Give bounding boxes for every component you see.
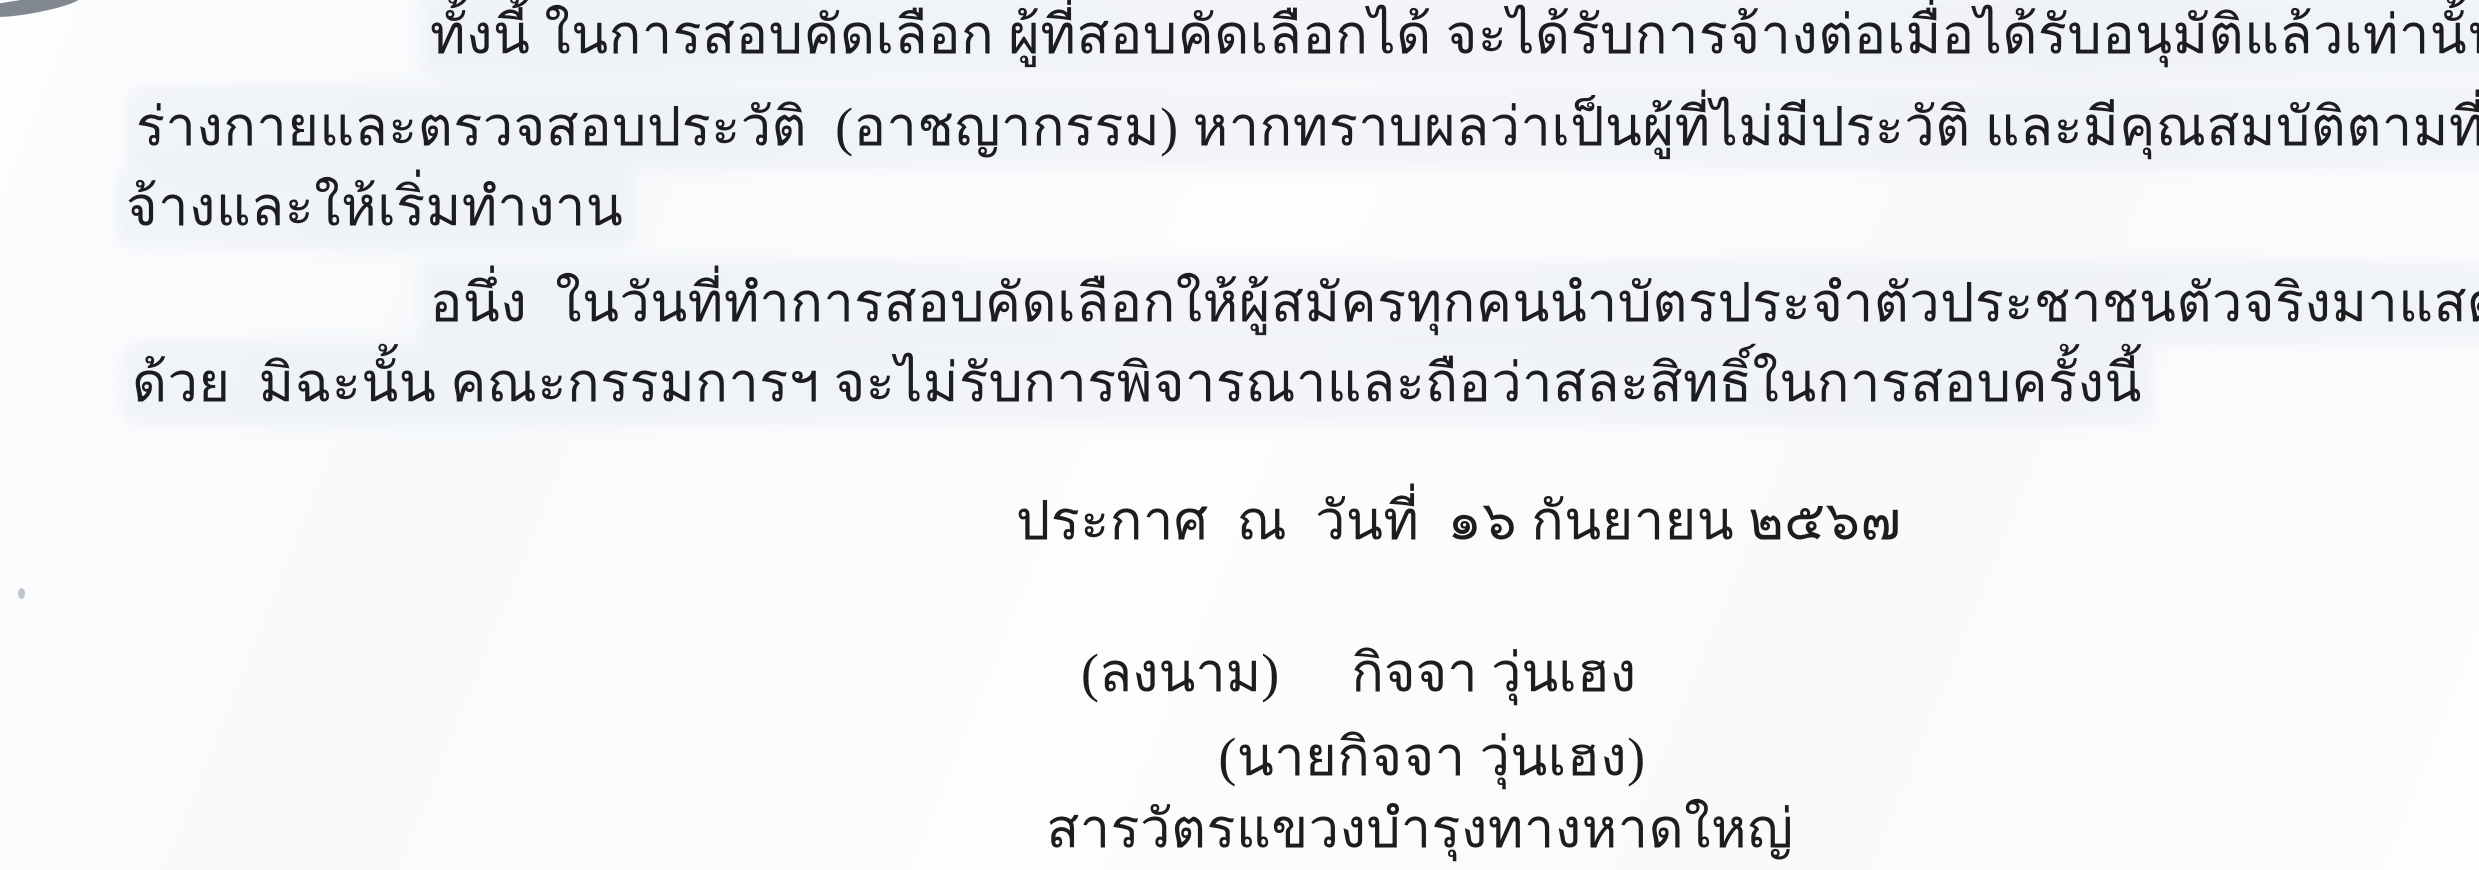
document-page: ทั้งนี้ ในการสอบคัดเลือก ผู้ที่สอบคัดเลื… — [0, 0, 2479, 870]
paragraph2-line1: อนึ่ง ในวันที่ทำการสอบคัดเลือกให้ผู้สมัค… — [430, 272, 2479, 334]
announcement-date-line: ประกาศ ณ วันที่ ๑๖ กันยายน ๒๕๖๗ — [1016, 490, 1902, 552]
signature-line: (ลงนาม) กิจจา วุ่นเฮง — [1081, 642, 1636, 704]
paragraph1-line3: จ้างและให้เริ่มทำงาน — [126, 176, 623, 238]
paragraph1-line1: ทั้งนี้ ในการสอบคัดเลือก ผู้ที่สอบคัดเลื… — [430, 4, 2479, 66]
signed-label: (ลงนาม) — [1081, 642, 1279, 704]
paragraph2-line2: ด้วย มิฉะนั้น คณะกรรมการฯ จะไม่รับการพิจ… — [132, 352, 2142, 414]
signer-full-name: (นายกิจจา วุ่นเฮง) — [1218, 726, 1645, 788]
scan-speck — [18, 588, 25, 599]
paragraph1-line2: ร่างกายและตรวจสอบประวัติ (อาชญากรรม) หาก… — [136, 96, 2479, 158]
signature-name: กิจจา วุ่นเฮง — [1351, 642, 1636, 704]
scan-artifact-top-left — [0, 0, 83, 20]
signer-position-title: สารวัตรแขวงบำรุงทางหาดใหญ่ — [1046, 798, 1793, 860]
